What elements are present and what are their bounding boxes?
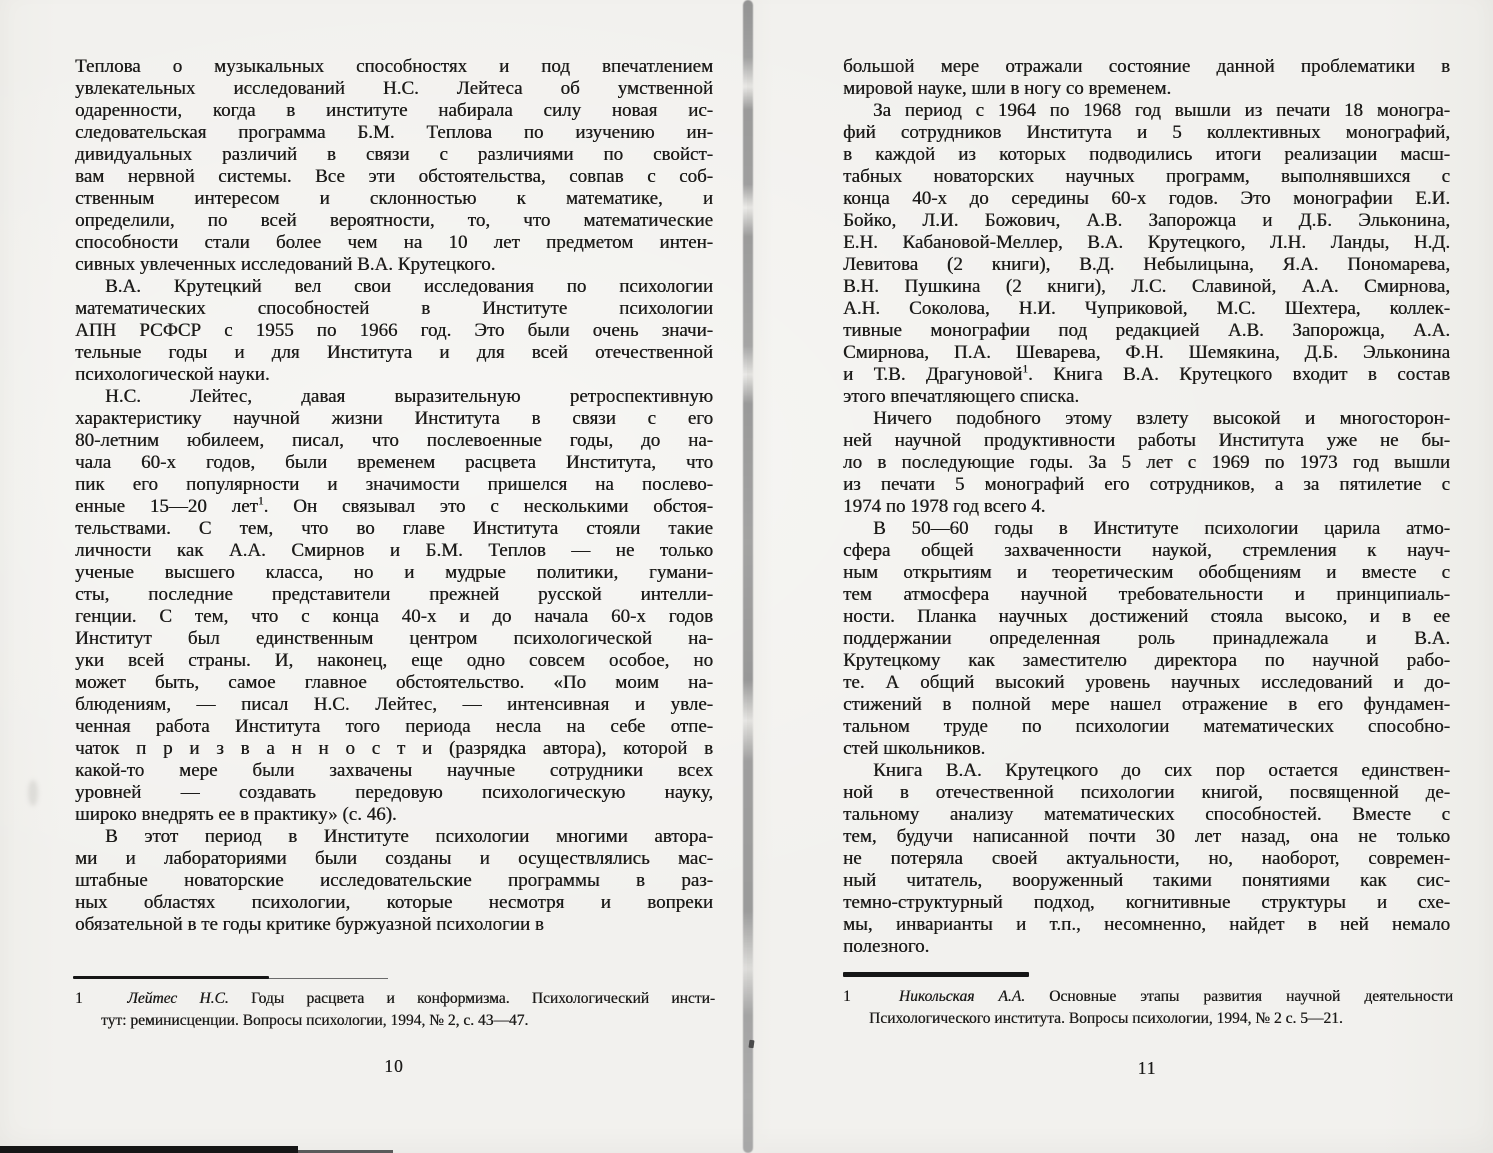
text-line: ученые высшего класса, но и мудрые полит… xyxy=(75,562,713,584)
text-line: не потеряла своей актуальности, но, наоб… xyxy=(843,848,1450,870)
footnote-line: тут: реминисценции. Вопросы психологии, … xyxy=(75,1010,715,1032)
text-line: чала 60-х годов, были временем расцвета … xyxy=(75,452,713,474)
text-line: Н.С. Лейтес, давая выразительную ретросп… xyxy=(75,386,713,408)
text-line: увлекательных исследований Н.С. Лейтеса … xyxy=(75,78,713,100)
text-line: тельствами. С тем, что во главе Институт… xyxy=(75,518,713,540)
text-line: В.Н. Пушкина (2 книги), Л.С. Славиной, А… xyxy=(843,276,1450,298)
footnote-rule xyxy=(843,972,1029,977)
text-line: личности как А.А. Смирнов и Б.М. Теплов … xyxy=(75,540,713,562)
paragraph: Ничего подобного этому взлету высокой и … xyxy=(843,408,1450,518)
text-line: из печати 5 монографий его сотрудников, … xyxy=(843,474,1450,496)
text-line: поддержании определенная роль принадлежа… xyxy=(843,628,1450,650)
text-line: ло в последующие годы. За 5 лет с 1969 п… xyxy=(843,452,1450,474)
text-line: широко внедрять ее в практику» (с. 46). xyxy=(75,804,713,826)
text-line: ности. Планка научных достижений стояла … xyxy=(843,606,1450,628)
text-line: енные 15—20 лет1. Он связывал это с неск… xyxy=(75,496,713,518)
text-line: математических способностей в Институте … xyxy=(75,298,713,320)
footnote-line: Психологического института. Вопросы псих… xyxy=(843,1008,1453,1030)
paragraph: За период с 1964 по 1968 год вышли из пе… xyxy=(843,100,1450,408)
text-line: ной в отечественной психологии книгой, п… xyxy=(843,782,1450,804)
page-number: 11 xyxy=(828,1058,1466,1079)
right-page: большой мере отражали состояние данной п… xyxy=(747,0,1493,1153)
text-line: В этот период в Институте психологии мно… xyxy=(75,826,713,848)
text-line: ней научной продуктивности работы Инстит… xyxy=(843,430,1450,452)
text-line: обязательной в те годы критике буржуазно… xyxy=(75,914,713,936)
text-line: блюдениям, — писал Н.С. Лейтес, — интенс… xyxy=(75,694,713,716)
paragraph: В этот период в Институте психологии мно… xyxy=(75,826,713,936)
text-line: В.А. Крутецкий вел свои исследования по … xyxy=(75,276,713,298)
text-line: сивных увлеченных исследований В.А. Крут… xyxy=(75,254,713,276)
text-line: мы, инварианты и т.п., несомненно, найде… xyxy=(843,914,1450,936)
text-line: ный читатель, вооруженный такими понятия… xyxy=(843,870,1450,892)
book-gutter-shadow xyxy=(743,0,753,1153)
text-line: чаток п р и з в а н н о с т и (разрядка … xyxy=(75,738,713,760)
footnote-line: 1 Никольская А.А. Основные этапы развити… xyxy=(843,986,1453,1008)
text-line: ченная работа Института того периода нес… xyxy=(75,716,713,738)
text-line: большой мере отражали состояние данной п… xyxy=(843,56,1450,78)
scan-edge-artifact xyxy=(0,1146,298,1153)
text-line: те. А общий высокий уровень научных иссл… xyxy=(843,672,1450,694)
text-line: тем атмосфера научной требовательности и… xyxy=(843,584,1450,606)
text-line: психологической науки. xyxy=(75,364,713,386)
text-line: тивные монографии под редакцией А.В. Зап… xyxy=(843,320,1450,342)
text-line: За период с 1964 по 1968 год вышли из пе… xyxy=(843,100,1450,122)
text-line: полезного. xyxy=(843,936,1450,958)
paragraph: Книга В.А. Крутецкого до сих пор остаетс… xyxy=(843,760,1450,958)
text-line: ми и лабораториями были созданы и осущес… xyxy=(75,848,713,870)
text-line: ственным интересом и склонностью к матем… xyxy=(75,188,713,210)
text-line: 1974 по 1978 год всего 4. xyxy=(843,496,1450,518)
text-line: генции. С тем, что с конца 40-х и до нач… xyxy=(75,606,713,628)
paragraph: В.А. Крутецкий вел свои исследования по … xyxy=(75,276,713,386)
paragraph: В 50—60 годы в Институте психологии цари… xyxy=(843,518,1450,760)
text-line: какой-то мере были захвачены научные сот… xyxy=(75,760,713,782)
left-page: Теплова о музыкальных способностях и под… xyxy=(0,0,746,1153)
paragraph: Н.С. Лейтес, давая выразительную ретросп… xyxy=(75,386,713,826)
book-spread: Теплова о музыкальных способностях и под… xyxy=(0,0,1493,1153)
text-line: Е.Н. Кабановой-Меллер, В.А. Крутецкого, … xyxy=(843,232,1450,254)
text-line: сфера общей захваченности наукой, стремл… xyxy=(843,540,1450,562)
text-line: А.Н. Соколова, Н.И. Чуприковой, М.С. Шех… xyxy=(843,298,1450,320)
text-line: Ничего подобного этому взлету высокой и … xyxy=(843,408,1450,430)
paragraph: большой мере отражали состояние данной п… xyxy=(843,56,1450,100)
text-line: мировой науке, шли в ногу со временем. xyxy=(843,78,1450,100)
scan-smudge xyxy=(28,780,38,806)
text-line: следовательская программа Б.М. Теплова п… xyxy=(75,122,713,144)
text-line: Бойко, Л.И. Божович, А.В. Запорожца и Д.… xyxy=(843,210,1450,232)
text-line: дивидуальных различий в связи с различия… xyxy=(75,144,713,166)
text-line: конца 40-х до середины 60-х годов. Это м… xyxy=(843,188,1450,210)
text-line: этого впечатляющего списка. xyxy=(843,386,1450,408)
text-line: определили, по всей вероятности, то, что… xyxy=(75,210,713,232)
text-line: ным открытиям и теоретическим обобщениям… xyxy=(843,562,1450,584)
text-line: в каждой из которых подводились итоги ре… xyxy=(843,144,1450,166)
text-line: ных областях психологии, которые несмотр… xyxy=(75,892,713,914)
text-line: Смирнова, П.А. Шеварева, Ф.Н. Шемякина, … xyxy=(843,342,1450,364)
text-line: и Т.В. Драгуновой1. Книга В.А. Крутецког… xyxy=(843,364,1450,386)
text-line: пик его популярности и значимости пришел… xyxy=(75,474,713,496)
text-line: Институт был единственным центром психол… xyxy=(75,628,713,650)
text-line: табных новаторских научных программ, вып… xyxy=(843,166,1450,188)
text-line: может быть, самое главное обстоятельство… xyxy=(75,672,713,694)
text-line: В 50—60 годы в Институте психологии цари… xyxy=(843,518,1450,540)
footnote: 1 Никольская А.А. Основные этапы развити… xyxy=(843,986,1453,1029)
text-line: стей школьников. xyxy=(843,738,1450,760)
paragraph: Теплова о музыкальных способностях и под… xyxy=(75,56,713,276)
text-line: темно-структурный подход, когнитивные ст… xyxy=(843,892,1450,914)
text-line: фий сотрудников Института и 5 коллективн… xyxy=(843,122,1450,144)
footnote-line: 1 Лейтес Н.С. Годы расцвета и конформизм… xyxy=(75,988,715,1010)
text-line: уровней — создавать передовую психологич… xyxy=(75,782,713,804)
footnote: 1 Лейтес Н.С. Годы расцвета и конформизм… xyxy=(75,988,715,1031)
text-line: характеристику научной жизни Института в… xyxy=(75,408,713,430)
text-line: вам нервной системы. Все эти обстоятельс… xyxy=(75,166,713,188)
text-line: штабные новаторские исследовательские пр… xyxy=(75,870,713,892)
text-line: стижений в полной мере нашел отражение в… xyxy=(843,694,1450,716)
right-page-body: большой мере отражали состояние данной п… xyxy=(843,56,1450,958)
text-line: Книга В.А. Крутецкого до сих пор остаетс… xyxy=(843,760,1450,782)
left-page-body: Теплова о музыкальных способностях и под… xyxy=(75,56,713,936)
text-line: способности стали более чем на 10 лет пр… xyxy=(75,232,713,254)
text-line: Теплова о музыкальных способностях и под… xyxy=(75,56,713,78)
text-line: тельные годы и для Института и для всей … xyxy=(75,342,713,364)
text-line: тем, будучи написанной почти 30 лет наза… xyxy=(843,826,1450,848)
text-line: уки всей страны. И, наконец, еще одно со… xyxy=(75,650,713,672)
text-line: тальному анализу математических способно… xyxy=(843,804,1450,826)
text-line: Крутецкому как заместителю директора по … xyxy=(843,650,1450,672)
text-line: одаренности, когда в институте набирала … xyxy=(75,100,713,122)
text-line: сты, последние представители прежней рус… xyxy=(75,584,713,606)
text-line: АПН РСФСР с 1955 по 1966 год. Это были о… xyxy=(75,320,713,342)
footnote-rule xyxy=(73,976,269,979)
text-line: 80-летним юбилеем, писал, что послевоенн… xyxy=(75,430,713,452)
page-number: 10 xyxy=(75,1056,713,1077)
text-line: Левитова (2 книги), В.Д. Небылицына, Я.А… xyxy=(843,254,1450,276)
text-line: тальном труде по психологии математическ… xyxy=(843,716,1450,738)
